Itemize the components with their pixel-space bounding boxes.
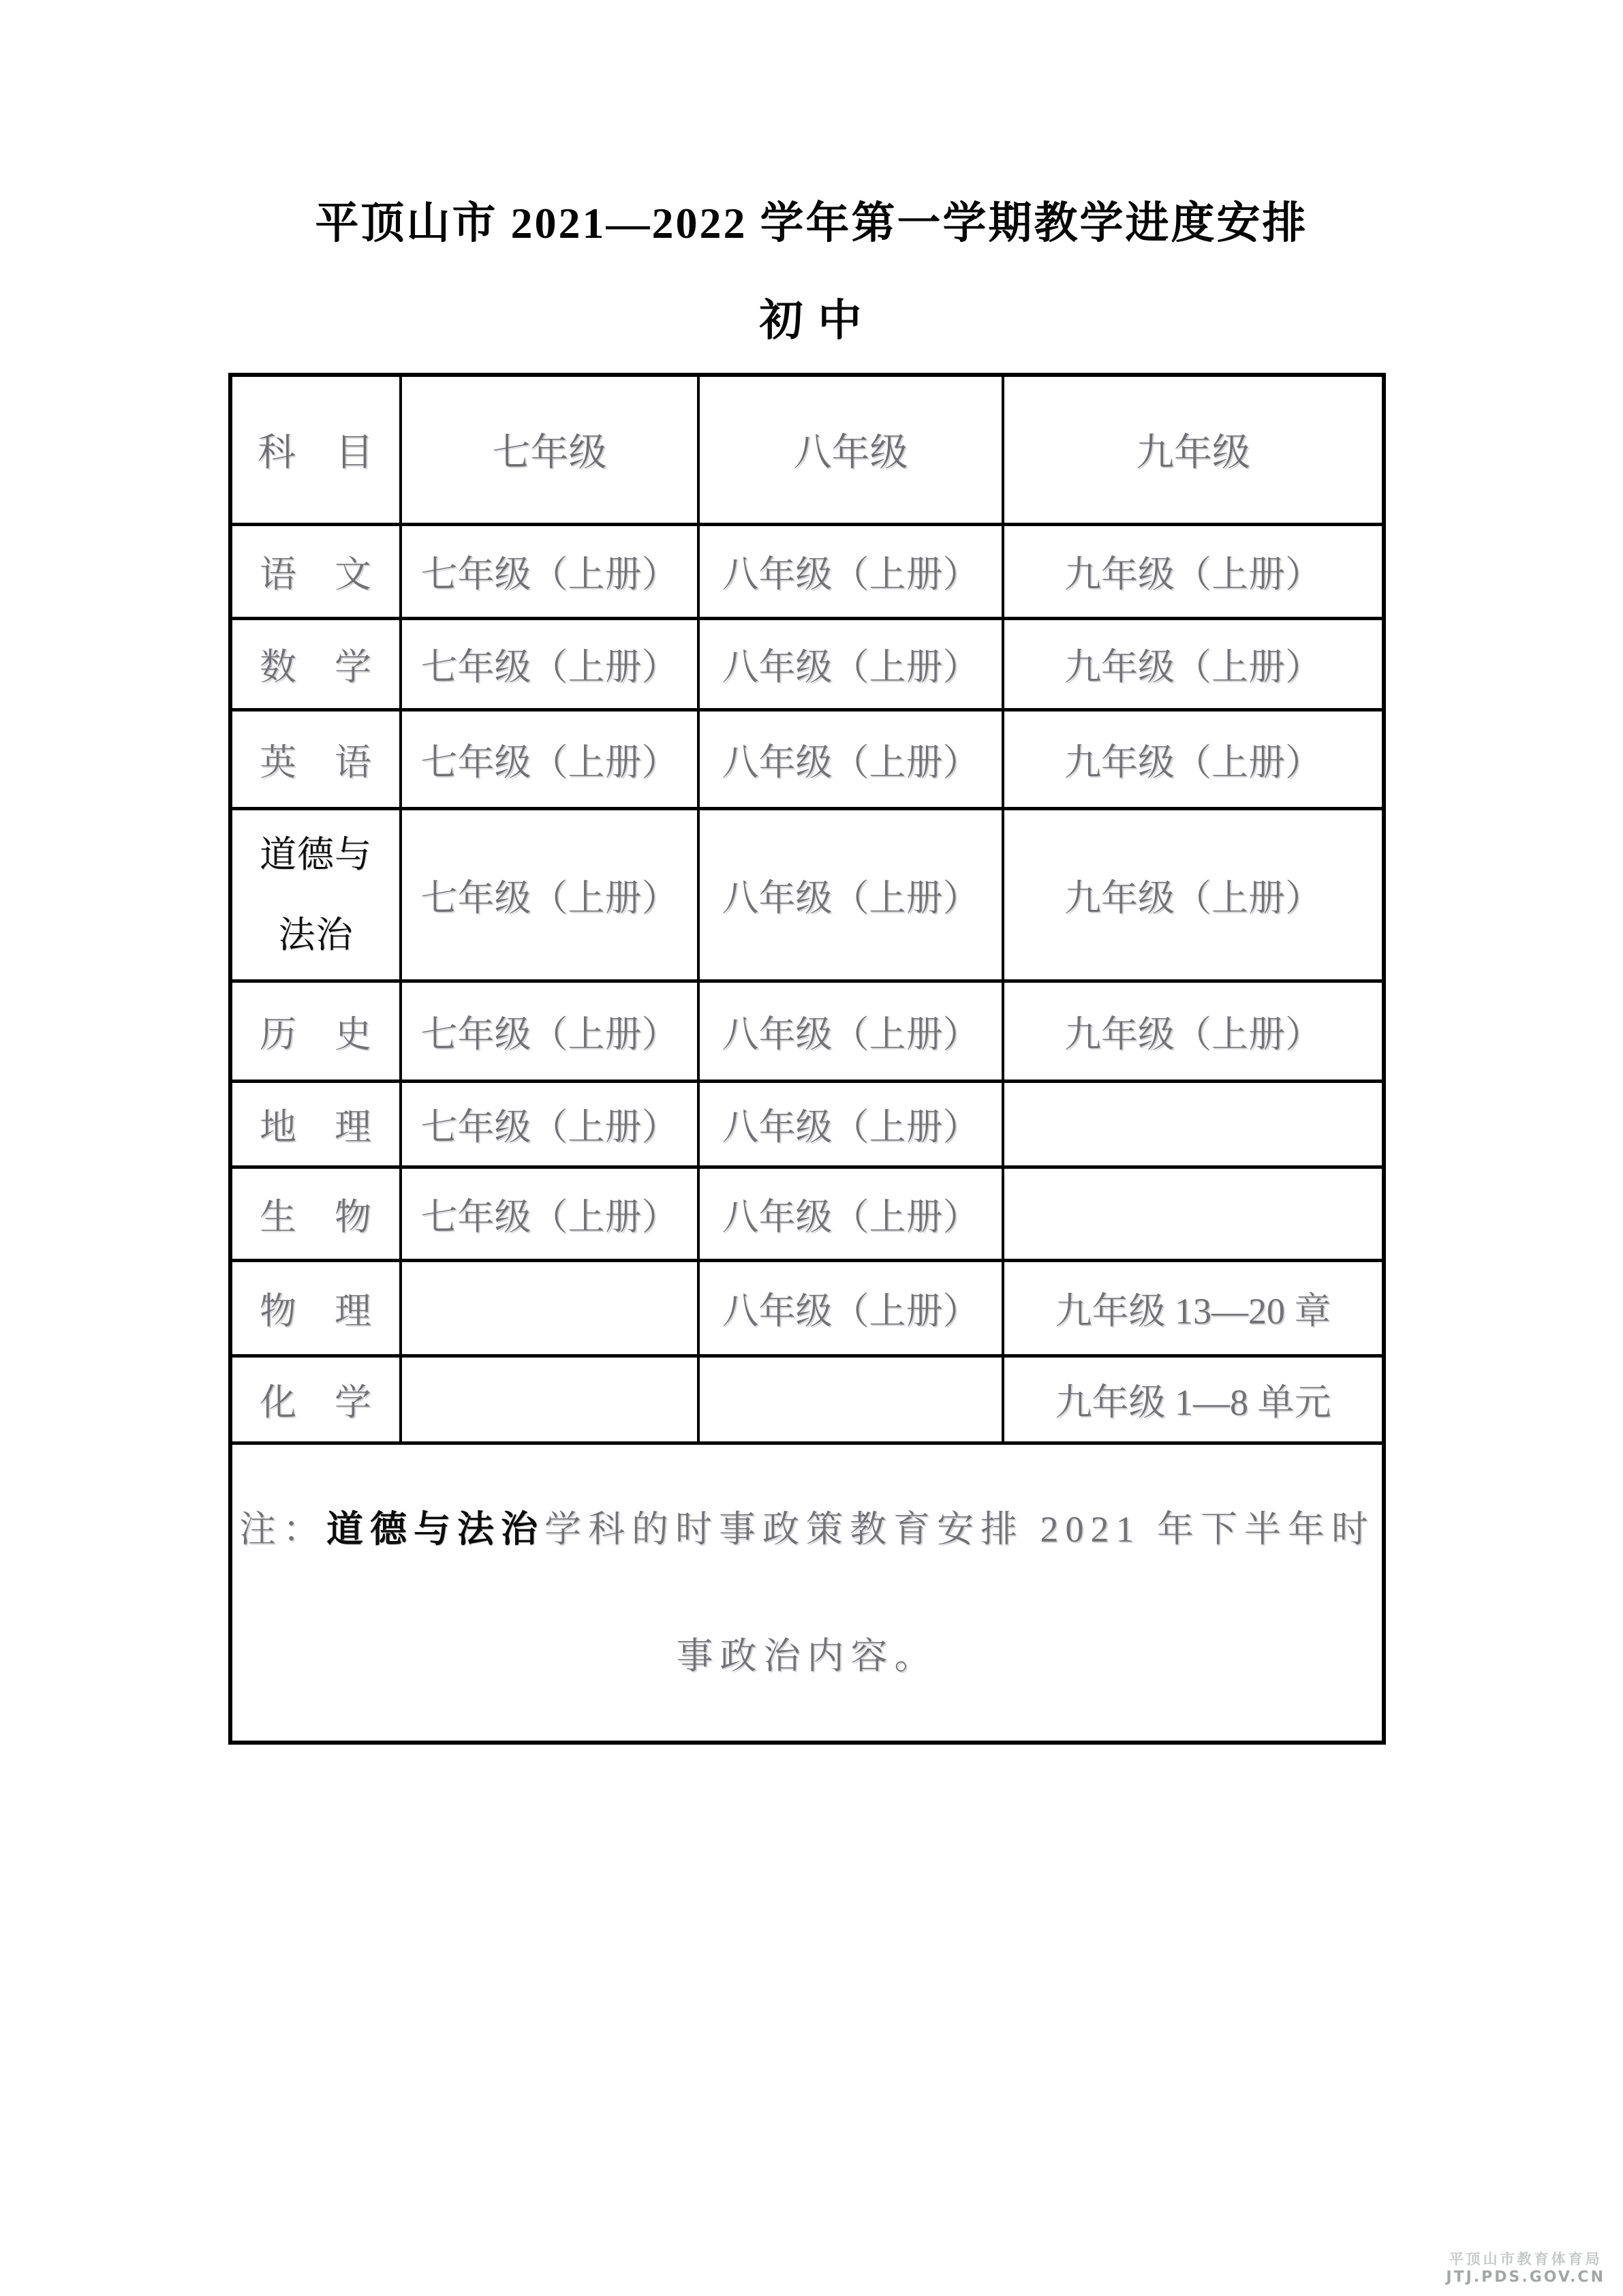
- subject-cell: 数 学: [230, 619, 401, 710]
- note-row: 注：道德与法治学科的时事政策教育安排 2021 年下半年时 事政治内容。: [230, 1443, 1384, 1743]
- watermark-url: JTJ.PDS.GOV.CN: [1446, 2268, 1605, 2287]
- grade7-cell: 七年级（上册）: [401, 710, 698, 809]
- note-rest: 学科的时事政策教育安排 2021 年下半年时: [544, 1509, 1375, 1550]
- grade8-cell: 八年级（上册）: [698, 525, 1003, 619]
- note-prefix: 注：: [239, 1509, 326, 1550]
- subject-cell: 物 理: [230, 1261, 401, 1356]
- subject-cell: 道德与 法治: [230, 809, 401, 981]
- table-row-chemistry: 化 学 九年级 1—8 单元: [230, 1356, 1384, 1443]
- subject-cell: 英 语: [230, 710, 401, 809]
- table-row-math: 数 学 七年级（上册） 八年级（上册） 九年级（上册）: [230, 619, 1384, 710]
- grade7-cell: 七年级（上册）: [401, 619, 698, 710]
- schedule-table: 科 目 七年级 八年级 九年级 语 文 七年级（上册） 八年级（上册） 九年级（…: [228, 373, 1386, 1745]
- grade7-cell: 七年级（上册）: [401, 809, 698, 981]
- header-row: 科 目 七年级 八年级 九年级: [230, 375, 1384, 525]
- table-row-chinese: 语 文 七年级（上册） 八年级（上册） 九年级（上册）: [230, 525, 1384, 619]
- grade8-cell: 八年级（上册）: [698, 619, 1003, 710]
- grade9-cell: 九年级（上册）: [1003, 525, 1384, 619]
- table-row-physics: 物 理 八年级（上册） 九年级 13—20 章: [230, 1261, 1384, 1356]
- grade9-cell: 九年级（上册）: [1003, 981, 1384, 1082]
- grade9-cell: 九年级 1—8 单元: [1003, 1356, 1384, 1443]
- grade7-cell: [401, 1261, 698, 1356]
- grade9-cell: 九年级（上册）: [1003, 619, 1384, 710]
- subject-cell: 生 物: [230, 1167, 401, 1261]
- subject-cell: 语 文: [230, 525, 401, 619]
- grade8-cell: 八年级（上册）: [698, 1261, 1003, 1356]
- grade8-cell: 八年级（上册）: [698, 809, 1003, 981]
- grade8-cell: 八年级（上册）: [698, 1082, 1003, 1167]
- grade9-cell: [1003, 1082, 1384, 1167]
- page-title: 平顶山市 2021—2022 学年第一学期教学进度安排: [0, 0, 1623, 250]
- table-row-english: 英 语 七年级（上册） 八年级（上册） 九年级（上册）: [230, 710, 1384, 809]
- table-row-biology: 生 物 七年级（上册） 八年级（上册）: [230, 1167, 1384, 1261]
- grade8-cell: [698, 1356, 1003, 1443]
- table-note: 注：道德与法治学科的时事政策教育安排 2021 年下半年时 事政治内容。: [230, 1443, 1384, 1743]
- grade7-cell: 七年级（上册）: [401, 1167, 698, 1261]
- table-row-geography: 地 理 七年级（上册） 八年级（上册）: [230, 1082, 1384, 1167]
- grade8-cell: 八年级（上册）: [698, 1167, 1003, 1261]
- subject-cell: 历 史: [230, 981, 401, 1082]
- subject-cell: 化 学: [230, 1356, 401, 1443]
- table-row-morality-law: 道德与 法治 七年级（上册） 八年级（上册） 九年级（上册）: [230, 809, 1384, 981]
- grade7-cell: [401, 1356, 698, 1443]
- header-grade9: 九年级: [1003, 375, 1384, 525]
- grade9-cell: 九年级 13—20 章: [1003, 1261, 1384, 1356]
- grade8-cell: 八年级（上册）: [698, 981, 1003, 1082]
- note-line-1: 注：道德与法治学科的时事政策教育安排 2021 年下半年时: [236, 1487, 1378, 1572]
- grade7-cell: 七年级（上册）: [401, 525, 698, 619]
- grade7-cell: 七年级（上册）: [401, 1082, 698, 1167]
- document-page: 平顶山市 2021—2022 学年第一学期教学进度安排 初 中 科 目 七年级 …: [0, 0, 1623, 2296]
- grade9-cell: [1003, 1167, 1384, 1261]
- note-line-2: 事政治内容。: [236, 1614, 1378, 1698]
- header-subject: 科 目: [230, 375, 401, 525]
- note-emphasis: 道德与法治: [326, 1509, 544, 1550]
- subject-cell: 地 理: [230, 1082, 401, 1167]
- watermark: 平顶山市教育体育局 JTJ.PDS.GOV.CN: [1446, 2250, 1605, 2287]
- table-row-history: 历 史 七年级（上册） 八年级（上册） 九年级（上册）: [230, 981, 1384, 1082]
- watermark-agency-name: 平顶山市教育体育局: [1446, 2250, 1605, 2268]
- grade9-cell: 九年级（上册）: [1003, 809, 1384, 981]
- grade7-cell: 七年级（上册）: [401, 981, 698, 1082]
- header-grade7: 七年级: [401, 375, 698, 525]
- grade8-cell: 八年级（上册）: [698, 710, 1003, 809]
- header-grade8: 八年级: [698, 375, 1003, 525]
- grade9-cell: 九年级（上册）: [1003, 710, 1384, 809]
- page-subtitle: 初 中: [0, 286, 1623, 348]
